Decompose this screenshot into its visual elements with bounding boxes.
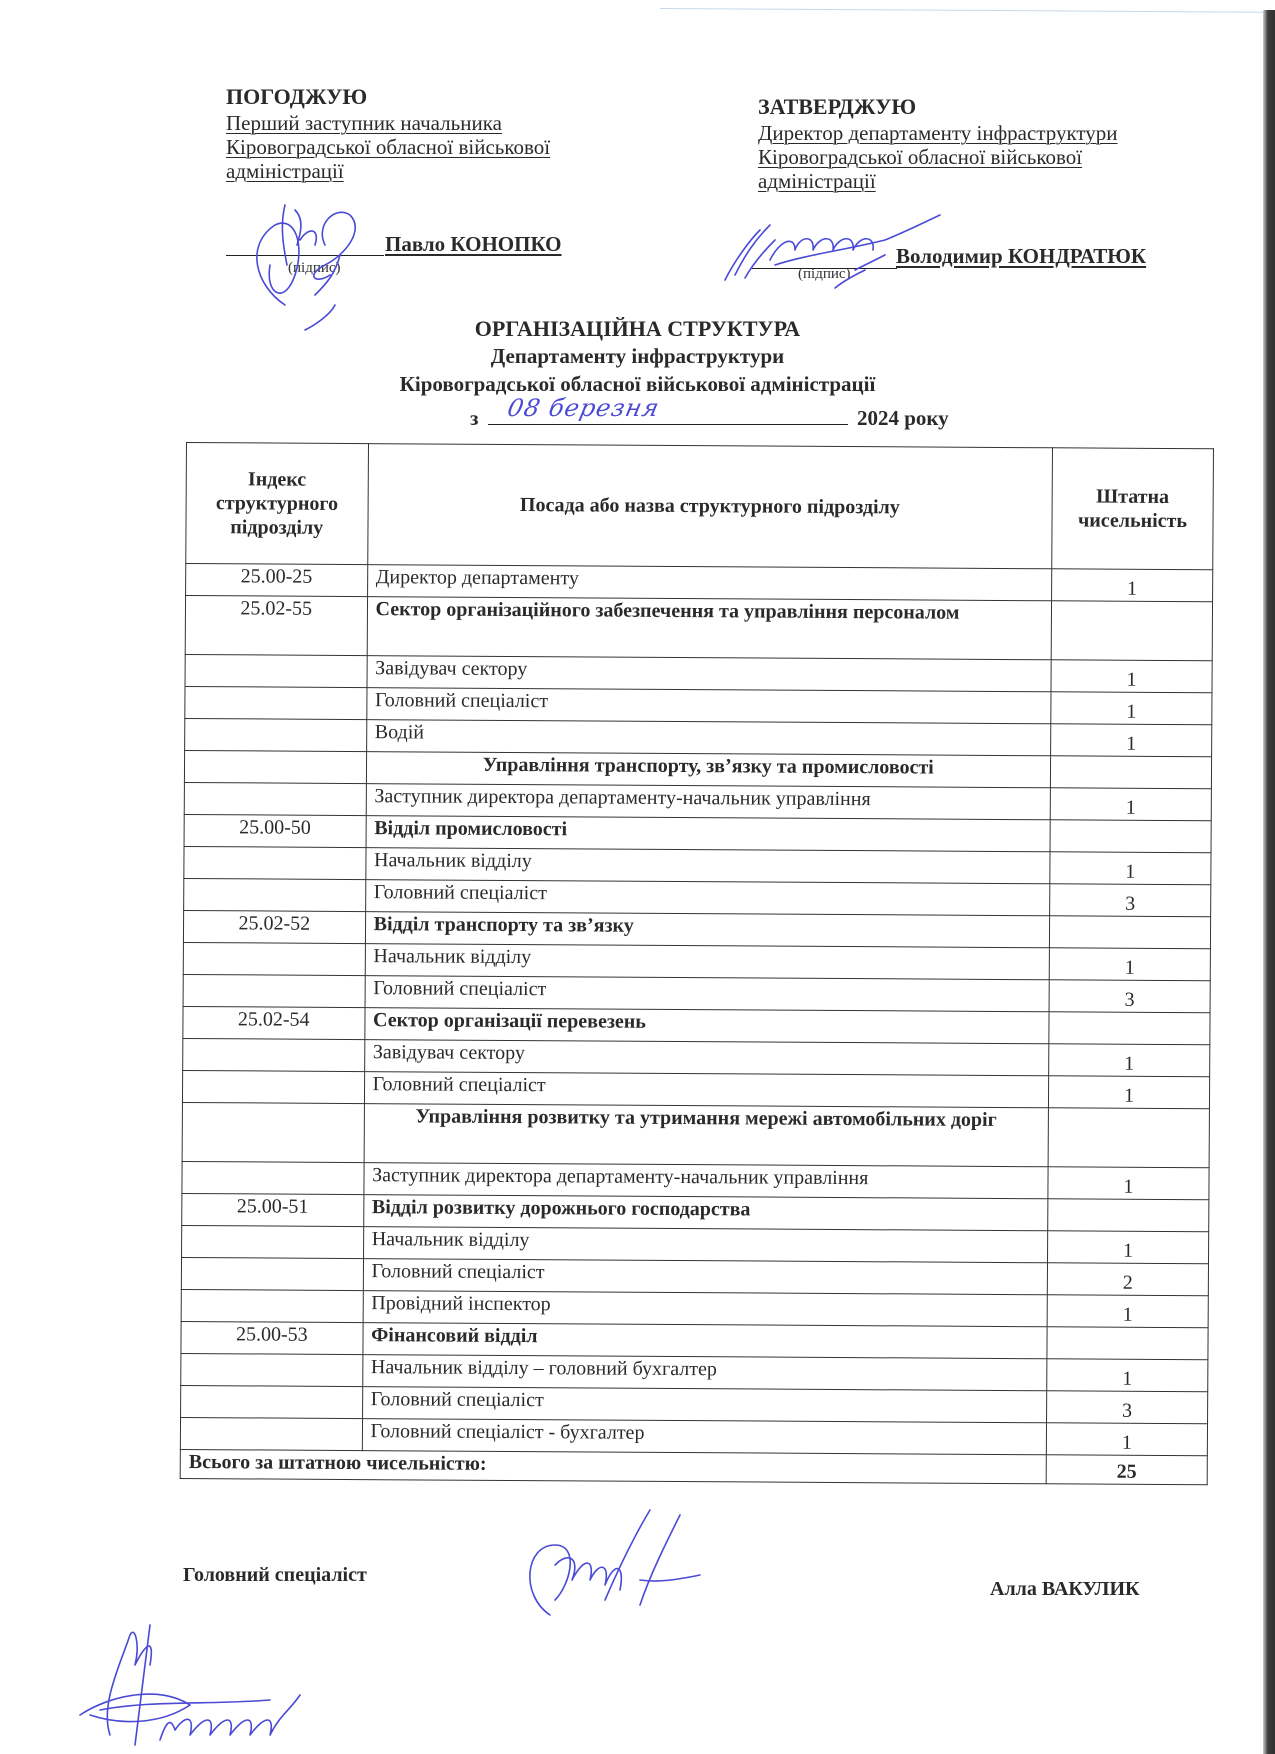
- cell-staff: 2: [1047, 1263, 1208, 1296]
- scan-edge-right: [1263, 10, 1275, 1754]
- cell-index: [184, 846, 366, 879]
- document-subtitle: Департаменту інфраструктури: [0, 344, 1275, 369]
- cell-index: [184, 750, 366, 783]
- cell-position: Відділ промисловості: [366, 816, 1050, 852]
- cell-staff: 1: [1051, 724, 1212, 757]
- scan-edge-top: [660, 8, 1265, 13]
- cell-position: Головний спеціаліст: [362, 1387, 1046, 1423]
- cell-staff: 1: [1048, 1076, 1209, 1109]
- cell-staff: [1049, 1012, 1210, 1045]
- cell-position: Завідувач сектору: [364, 1040, 1048, 1076]
- table-body: 25.00-25Директор департаменту125.02-55Се…: [180, 564, 1212, 1456]
- cell-position: Начальник відділу: [363, 1227, 1047, 1263]
- date-handwritten: 08 березня: [505, 394, 662, 422]
- cell-position: Сектор організаційного забезпечення та у…: [367, 597, 1052, 660]
- table-row: Управління розвитку та утримання мережі …: [182, 1102, 1209, 1167]
- cell-index: [181, 1353, 363, 1386]
- cell-position: Начальник відділу: [365, 848, 1049, 884]
- cell-position: Водій: [366, 720, 1050, 756]
- cell-staff: 1: [1051, 692, 1212, 725]
- approval-role-line: Кіровоградської обласної військової: [758, 145, 1198, 169]
- cell-position: Відділ транспорту та зв’язку: [365, 912, 1049, 948]
- table-total-row: Всього за штатною чисельністю: 25: [180, 1449, 1207, 1484]
- cell-position: Головний спеціаліст: [363, 1259, 1047, 1295]
- cell-position: Головний спеціаліст: [364, 1072, 1048, 1108]
- cell-index: [182, 1161, 364, 1194]
- footer-signer-role: Головний спеціаліст: [183, 1564, 367, 1587]
- cell-index: 25.02-52: [183, 910, 365, 943]
- cell-position: Начальник відділу – головний бухгалтер: [362, 1355, 1046, 1391]
- approval-block-right: ЗАТВЕРДЖУЮ Директор департаменту інфраст…: [758, 95, 1198, 193]
- cell-index: [184, 878, 366, 911]
- cell-staff: [1049, 916, 1210, 949]
- cell-position: Сектор організації перевезень: [364, 1008, 1048, 1044]
- signer-name-left: Павло КОНОПКО: [385, 232, 562, 257]
- total-label: Всього за штатною чисельністю:: [180, 1449, 1046, 1483]
- cell-index: [182, 1102, 364, 1162]
- handwritten-signature-footer: [510, 1505, 740, 1630]
- cell-index: 25.00-53: [181, 1321, 363, 1354]
- date-blank: 08 березня: [488, 404, 848, 425]
- cell-position: Головний спеціаліст: [365, 976, 1049, 1012]
- approval-role-line: Кіровоградської обласної військової: [226, 135, 646, 159]
- cell-index: 25.00-25: [186, 564, 368, 597]
- cell-index: [182, 1225, 364, 1258]
- approval-role-line: адміністрації: [758, 169, 1198, 193]
- total-value: 25: [1046, 1455, 1207, 1485]
- table-row: 25.02-55Сектор організаційного забезпече…: [185, 596, 1212, 661]
- cell-staff: [1050, 756, 1211, 789]
- cell-staff: 1: [1047, 1359, 1208, 1392]
- cell-staff: 1: [1048, 1167, 1209, 1200]
- approval-caption-right: ЗАТВЕРДЖУЮ: [758, 95, 1198, 119]
- cell-index: [181, 1257, 363, 1290]
- approval-role-line: адміністрації: [226, 159, 646, 183]
- cell-index: [182, 1070, 364, 1103]
- cell-staff: 3: [1046, 1391, 1207, 1424]
- handwritten-signature-right: [715, 210, 945, 295]
- cell-position: Управління розвитку та утримання мережі …: [364, 1104, 1049, 1167]
- cell-index: [183, 1038, 365, 1071]
- cell-staff: 3: [1050, 884, 1211, 917]
- cell-index: 25.00-51: [182, 1193, 364, 1226]
- cell-staff: [1048, 1108, 1209, 1168]
- cell-staff: 1: [1047, 1295, 1208, 1328]
- cell-staff: 1: [1049, 948, 1210, 981]
- cell-staff: 1: [1050, 852, 1211, 885]
- cell-index: [183, 974, 365, 1007]
- cell-position: Фінансовий відділ: [363, 1323, 1047, 1359]
- document-title: ОРГАНІЗАЦІЙНА СТРУКТУРА: [0, 316, 1275, 342]
- date-prefix: з: [470, 406, 478, 430]
- cell-position: Головний спеціаліст: [365, 880, 1049, 916]
- cell-index: [181, 1385, 363, 1418]
- cell-index: [183, 942, 365, 975]
- cell-position: Головний спеціаліст: [366, 688, 1050, 724]
- cell-index: [185, 654, 367, 687]
- cell-staff: [1051, 601, 1212, 661]
- organizational-structure-table: Індекс структурного підрозділу Посада аб…: [180, 442, 1214, 1485]
- approval-block-left: ПОГОДЖУЮ Перший заступник начальника Кір…: [226, 85, 646, 183]
- cell-index: [184, 782, 366, 815]
- approval-caption-left: ПОГОДЖУЮ: [226, 85, 646, 109]
- header-staff: Штатна чисельність: [1052, 448, 1214, 570]
- cell-position: Директор департаменту: [367, 565, 1051, 601]
- approval-role-line: Перший заступник начальника: [226, 111, 646, 135]
- cell-staff: 3: [1049, 980, 1210, 1013]
- cell-staff: 1: [1046, 1423, 1207, 1456]
- cell-staff: [1050, 820, 1211, 853]
- cell-staff: 1: [1047, 1231, 1208, 1264]
- header-index: Індекс структурного підрозділу: [186, 443, 368, 565]
- cell-staff: 1: [1051, 569, 1212, 602]
- cell-index: 25.02-54: [183, 1006, 365, 1039]
- cell-index: [185, 686, 367, 719]
- handwritten-signature-bottom: [70, 1615, 340, 1750]
- handwritten-signature-left: [225, 185, 385, 335]
- cell-index: [181, 1289, 363, 1322]
- cell-staff: 1: [1050, 788, 1211, 821]
- cell-position: Начальник відділу: [365, 944, 1049, 980]
- table-header-row: Індекс структурного підрозділу Посада аб…: [186, 443, 1214, 570]
- cell-staff: 1: [1049, 1044, 1210, 1077]
- cell-position: Заступник директора департаменту-начальн…: [366, 784, 1050, 820]
- cell-position: Управління транспорту, зв’язку та промис…: [366, 752, 1050, 788]
- cell-position: Завідувач сектору: [367, 656, 1051, 692]
- cell-index: 25.02-55: [185, 596, 367, 656]
- cell-position: Заступник директора департаменту-начальн…: [363, 1163, 1047, 1199]
- cell-staff: 1: [1051, 660, 1212, 693]
- approval-role-line: Директор департаменту інфраструктури: [758, 121, 1198, 145]
- footer-signer-name: Алла ВАКУЛИК: [990, 1578, 1140, 1601]
- cell-index: 25.00-50: [184, 814, 366, 847]
- cell-staff: [1048, 1199, 1209, 1232]
- cell-position: Відділ розвитку дорожнього господарства: [363, 1195, 1047, 1231]
- cell-position: Провідний інспектор: [363, 1291, 1047, 1327]
- header-position: Посада або назва структурного підрозділу: [367, 444, 1052, 569]
- effective-date: з 08 березня 2024 року: [470, 404, 949, 431]
- cell-staff: [1047, 1327, 1208, 1360]
- date-suffix: 2024 року: [857, 406, 949, 430]
- cell-position: Головний спеціаліст - бухгалтер: [362, 1419, 1046, 1455]
- cell-index: [180, 1417, 362, 1450]
- cell-index: [185, 718, 367, 751]
